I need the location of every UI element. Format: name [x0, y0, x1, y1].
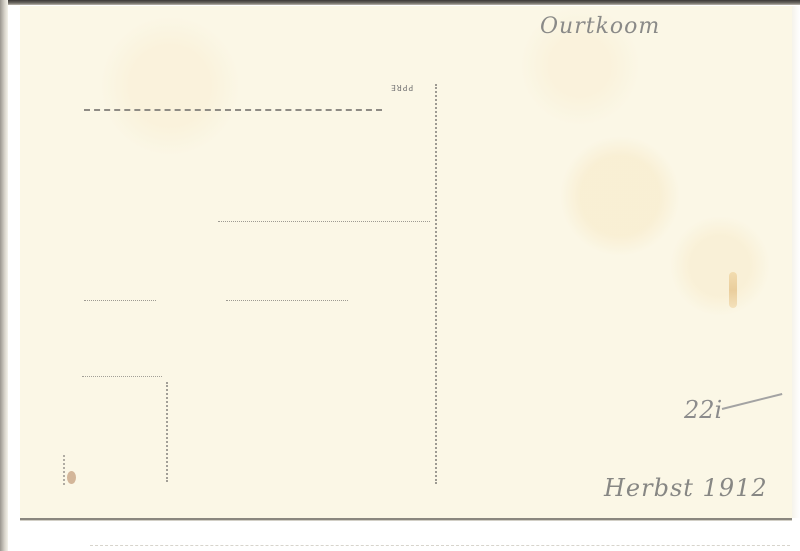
scan-bottom-artifacts — [90, 545, 790, 546]
address-line-1 — [84, 109, 382, 111]
address-line-3a — [84, 300, 156, 301]
handwritten-date: Herbst 1912 — [604, 474, 768, 502]
brown-stain — [67, 471, 76, 484]
center-divider — [435, 84, 437, 484]
printed-mark: PPRE — [390, 83, 413, 92]
stamp-box-top-edge — [82, 376, 162, 377]
scan-left-edge — [0, 0, 8, 551]
yellow-stain — [729, 272, 737, 308]
address-line-3b — [226, 300, 348, 301]
handwritten-number: 22i — [684, 396, 722, 424]
scan-top-edge — [0, 0, 800, 5]
address-line-2 — [218, 221, 430, 222]
handwritten-top-note: Ourtkoom — [540, 14, 660, 39]
stamp-box-left-edge — [63, 455, 65, 485]
stamp-box-right-edge — [166, 382, 168, 482]
